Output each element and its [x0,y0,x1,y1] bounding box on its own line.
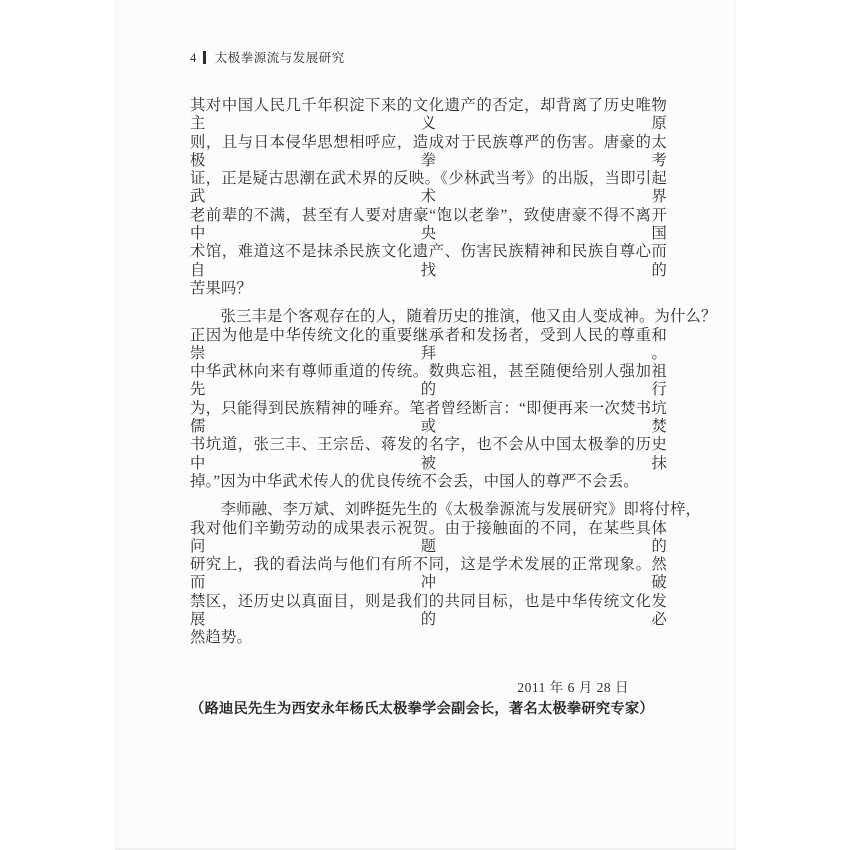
text-line: 苦果吗？ [190,280,667,298]
text-line: 证，正是疑古思潮在武术界的反映。《少林武当考》的出版，当即引起武术界 [190,170,667,207]
paragraph: 张三丰是个客观存在的人，随着历史的推演，他又由人变成神。为什么？ 正因为他是中华… [190,308,667,491]
book-page: 4太极拳源流与发展研究 其对中国人民几千年积淀下来的文化遗产的否定，却背离了历史… [115,0,736,850]
header-divider-bar [203,51,206,64]
text-line: 老前辈的不满，甚至有人要对唐豪“饱以老拳”，致使唐豪不得不离开中央国 [190,207,667,244]
text-line: 正因为他是中华传统文化的重要继承者和发扬者，受到人民的尊重和崇拜。 [190,327,667,364]
text-line: 书坑道，张三丰、王宗岳、蒋发的名字，也不会从中国太极拳的历史中被抹 [190,436,667,473]
author-note: （路迪民先生为西安永年杨氏太极拳学会副会长，著名太极拳研究专家） [190,700,667,718]
text-line: 禁区，还历史以真面目，则是我们的共同目标，也是中华传统文化发展的必 [190,593,667,630]
paragraph: 其对中国人民几千年积淀下来的文化遗产的否定，却背离了历史唯物主义原 则，且与日本… [190,97,667,298]
text-line: 然趋势。 [190,629,667,647]
date-line: 2011 年 6 月 28 日 [190,679,667,697]
page-header: 4太极拳源流与发展研究 [190,48,345,66]
text-line: 掉。”因为中华武术传人的优良传统不会丢，中国人的尊严不会丢。 [190,473,667,491]
text-line: 张三丰是个客观存在的人，随着历史的推演，他又由人变成神。为什么？ [190,308,667,326]
page-number: 4 [190,51,197,66]
running-title: 太极拳源流与发展研究 [215,51,345,65]
text-line: 则，且与日本侵华思想相呼应，造成对于民族尊严的伤害。唐豪的太极拳考 [190,134,667,171]
text-line: 我对他们辛勤劳动的成果表示祝贺。由于接触面的不同，在某些具体问题的 [190,520,667,557]
paragraph: 李师融、李万斌、刘晔挺先生的《太极拳源流与发展研究》即将付梓， 我对他们辛勤劳动… [190,501,667,647]
text-line: 术馆，难道这不是抹杀民族文化遗产、伤害民族精神和民族自尊心而自找的 [190,243,667,280]
text-line: 中华武林向来有尊师重道的传统。数典忘祖，甚至随便给别人强加祖先的行 [190,363,667,400]
text-line: 研究上，我的看法尚与他们有所不同，这是学术发展的正常现象。然而冲破 [190,556,667,593]
text-line: 李师融、李万斌、刘晔挺先生的《太极拳源流与发展研究》即将付梓， [190,501,667,519]
scan-canvas: 4太极拳源流与发展研究 其对中国人民几千年积淀下来的文化遗产的否定，却背离了历史… [0,0,850,850]
body-text: 其对中国人民几千年积淀下来的文化遗产的否定，却背离了历史唯物主义原 则，且与日本… [190,97,667,718]
text-line: 其对中国人民几千年积淀下来的文化遗产的否定，却背离了历史唯物主义原 [190,97,667,134]
text-line: 为，只能得到民族精神的唾弃。笔者曾经断言：“即便再来一次焚书坑儒或焚 [190,400,667,437]
